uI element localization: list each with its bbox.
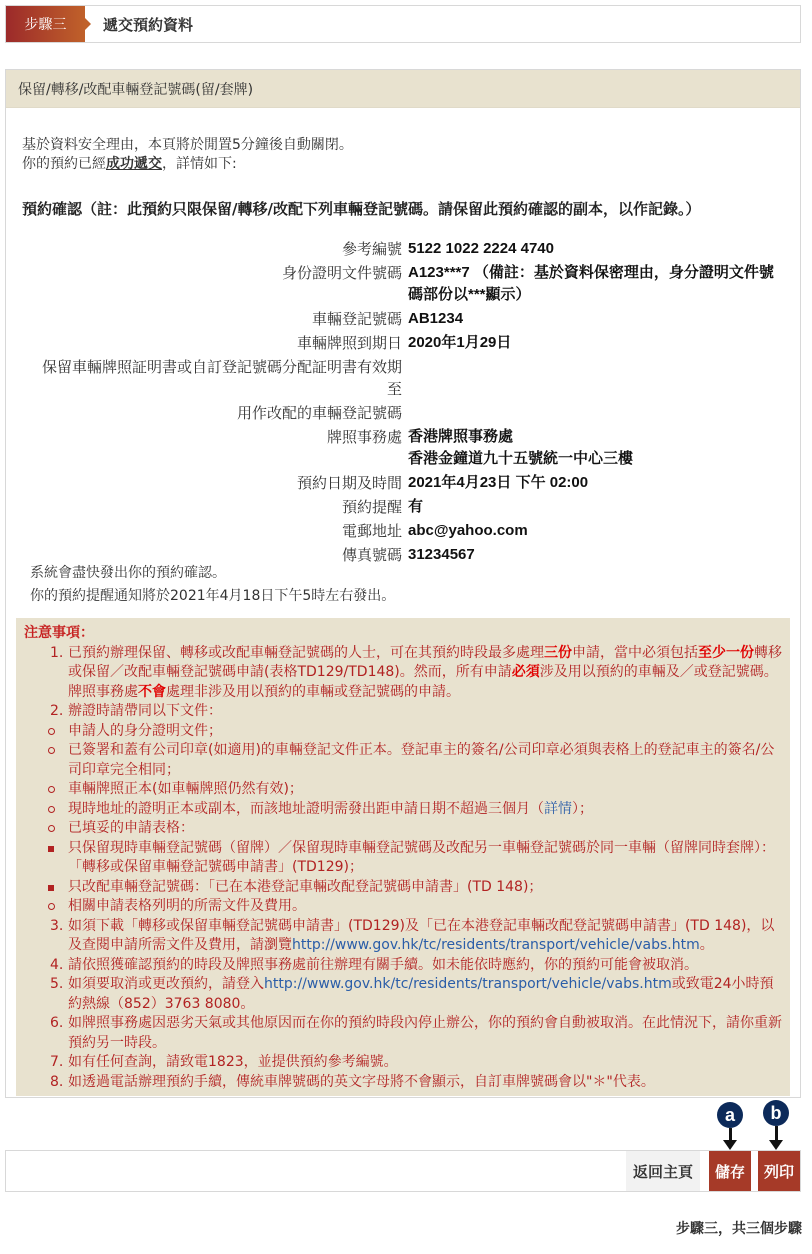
notice-item-5: 5. 如須要取消或更改預約，請登入http://www.gov.hk/tc/re…	[24, 975, 782, 1014]
success-suffix: ，詳情如下:	[162, 156, 237, 172]
detail-label: 牌照事務處	[6, 426, 408, 470]
vabs-link[interactable]: http://www.gov.hk/tc/residents/transport…	[264, 976, 672, 992]
notice-text: 已預約辦理保留、轉移或改配車輛登記號碼的人士，可在其預約時段最多處理	[68, 645, 544, 661]
reminder-note: 你的預約提醒通知將於2021年4月18日下午5時左右發出。	[30, 585, 395, 608]
detail-label: 參考編號	[6, 238, 408, 260]
confirmation-panel: 保留/轉移/改配車輛登記號碼(留/套牌) 基於資料安全理由，本頁將於閒置5分鐘後…	[5, 69, 801, 1098]
doc-item-address: 現時地址的證明正本或副本，而該地址證明需發出距申請日期不超過三個月（詳情）；	[24, 800, 782, 820]
item-number: 5.	[50, 975, 63, 995]
notice-item-6: 6. 如牌照事務處因惡劣天氣或其他原因而在你的預約時段內停止辦公，你的預約會自動…	[24, 1014, 782, 1053]
detail-row-certificate: 保留車輛牌照証明書或自訂登記號碼分配証明書有效期至	[6, 356, 802, 400]
reassign-mark	[408, 402, 778, 424]
form-item-td129: 只保留現時車輛登記號碼（留牌）／保留現時車輛登記號碼及改配另一車輛登記號碼於同一…	[24, 839, 782, 878]
office-name: 香港牌照事務處	[408, 426, 778, 448]
square-bullet-icon	[48, 878, 54, 898]
detail-row-plate: 車輛登記號碼 AB1234	[6, 308, 802, 330]
detail-label: 車輛登記號碼	[6, 308, 408, 330]
licensing-office: 香港牌照事務處香港金鐘道九十五號統一中心三樓	[408, 426, 778, 470]
detail-label: 用作改配的車輛登記號碼	[6, 402, 408, 424]
detail-label: 預約日期及時間	[6, 472, 408, 494]
confirmation-note: 系統會盡快發出你的預約確認。	[30, 562, 395, 585]
form-item-td148: 只改配車輛登記號碼：「已在本港登記車輛改配登記號碼申請書」(TD 148)；	[24, 878, 782, 898]
notice-text: 如須要取消或更改預約，請登入	[68, 976, 264, 992]
detail-row-reminder: 預約提醒 有	[6, 496, 802, 518]
circle-bullet-icon	[48, 722, 55, 742]
notice-item-7: 7. 如有任何查詢，請致電1823，並提供預約參考編號。	[24, 1053, 782, 1073]
notice-text: 。	[700, 937, 714, 953]
item-number: 4.	[50, 956, 63, 976]
notice-text: 只保留現時車輛登記號碼（留牌）／保留現時車輛登記號碼及改配另一車輛登記號碼於同一…	[68, 840, 775, 876]
notice-text: 申請，當中必須包括	[572, 645, 698, 661]
notice-text: 申請人的身分證明文件；	[68, 723, 222, 739]
details-link[interactable]: 詳情	[544, 801, 572, 817]
success-emphasis: 成功遞交	[106, 156, 162, 172]
detail-row-reference: 參考編號 5122 1022 2224 4740	[6, 238, 802, 260]
success-note: 你的預約已經成功遞交，詳情如下:	[22, 155, 353, 174]
notice-text: 處理非涉及用以預約的車輛或登記號碼的申請。	[166, 684, 460, 700]
certificate-validity	[408, 356, 778, 400]
licence-expiry: 2020年1月29日	[408, 332, 778, 354]
notice-item-3: 3. 如須下載「轉移或保留車輛登記號碼申請書」(TD129)及「已在本港登記車輛…	[24, 917, 782, 956]
step-progress: 步驟三，共三個步驟	[676, 1218, 802, 1238]
detail-row-office: 牌照事務處 香港牌照事務處香港金鐘道九十五號統一中心三樓	[6, 426, 802, 470]
notice-text: 已簽署和蓋有公司印章(如適用)的車輛登記文件正本。登記車主的簽名/公司印章必須與…	[68, 742, 774, 778]
highlight: 必須	[512, 664, 540, 680]
detail-label: 電郵地址	[6, 520, 408, 542]
confirmation-heading: 預約確認（註：此預約只限保留/轉移/改配下列車輛登記號碼。請保留此預約確認的副本…	[22, 198, 700, 219]
item-number: 7.	[50, 1053, 63, 1073]
detail-label: 車輛牌照到期日	[6, 332, 408, 354]
notice-text: 只改配車輛登記號碼：「已在本港登記車輛改配登記號碼申請書」(TD 148)；	[68, 879, 542, 895]
appointment-datetime: 2021年4月23日 下午 02:00	[408, 472, 778, 494]
security-note: 基於資料安全理由，本頁將於閒置5分鐘後自動關閉。	[22, 136, 353, 155]
notice-text: ）；	[572, 801, 593, 817]
circle-bullet-icon	[48, 780, 55, 800]
notice-item-4: 4. 請依照獲確認預約的時段及牌照事務處前往辦理有關手續。如未能依時應約，你的預…	[24, 956, 782, 976]
print-button[interactable]: 列印	[758, 1151, 800, 1191]
notice-text: 如牌照事務處因惡劣天氣或其他原因而在你的預約時段內停止辦公，你的預約會自動被取消…	[68, 1015, 782, 1051]
detail-label: 預約提醒	[6, 496, 408, 518]
notice-title: 注意事項：	[24, 624, 782, 644]
callout-b-icon: b	[763, 1100, 789, 1126]
back-home-button[interactable]: 返回主頁	[626, 1151, 700, 1191]
notice-text: 請依照獲確認預約的時段及牌照事務處前往辦理有關手續。如未能依時應約，你的預約可能…	[68, 957, 698, 973]
reference-number: 5122 1022 2224 4740	[408, 238, 778, 260]
notice-text: 辦證時請帶同以下文件：	[68, 703, 222, 719]
panel-title: 保留/轉移/改配車輛登記號碼(留/套牌)	[6, 70, 800, 108]
notice-text: 車輛牌照正本(如車輛牌照仍然有效)；	[68, 781, 303, 797]
detail-row-reassign: 用作改配的車輛登記號碼	[6, 402, 802, 424]
highlight: 至少一份	[698, 645, 754, 661]
notice-text: 已填妥的申請表格：	[68, 820, 194, 836]
notice-text: 如有任何查詢，請致電1823，並提供預約參考編號。	[68, 1054, 398, 1070]
action-bar: 返回主頁 儲存 列印	[5, 1150, 801, 1192]
circle-bullet-icon	[48, 897, 55, 917]
item-number: 8.	[50, 1073, 63, 1093]
square-bullet-icon	[48, 839, 54, 859]
highlight: 三份	[544, 645, 572, 661]
id-value: A123***7	[408, 264, 470, 281]
registration-mark: AB1234	[408, 308, 778, 330]
doc-item-registration: 已簽署和蓋有公司印章(如適用)的車輛登記文件正本。登記車主的簽名/公司印章必須與…	[24, 741, 782, 780]
intro-text: 基於資料安全理由，本頁將於閒置5分鐘後自動關閉。 你的預約已經成功遞交，詳情如下…	[22, 136, 353, 174]
booking-details: 參考編號 5122 1022 2224 4740 身份證明文件號碼 A123**…	[6, 238, 802, 568]
callout-a-icon: a	[717, 1102, 743, 1128]
detail-label: 身份證明文件號碼	[6, 262, 408, 306]
circle-bullet-icon	[48, 741, 55, 761]
post-submission-notes: 系統會盡快發出你的預約確認。 你的預約提醒通知將於2021年4月18日下午5時左…	[30, 562, 395, 608]
detail-row-id: 身份證明文件號碼 A123***7 （備註：基於資料保密理由，身分證明文件號碼部…	[6, 262, 802, 306]
item-number: 6.	[50, 1014, 63, 1034]
notice-text: 相關申請表格列明的所需文件及費用。	[68, 898, 306, 914]
arrow-a-head-icon	[723, 1140, 737, 1150]
email-address: abc@yahoo.com	[408, 520, 778, 542]
notice-item-8: 8. 如透過電話辦理預約手續，傳統車牌號碼的英文字母將不會顯示，自訂車牌號碼會以…	[24, 1073, 782, 1093]
highlight: 不會	[138, 684, 166, 700]
notice-item-1: 1. 已預約辦理保留、轉移或改配車輛登記號碼的人士，可在其預約時段最多處理三份申…	[24, 644, 782, 703]
item-number: 2.	[50, 702, 63, 722]
circle-bullet-icon	[48, 800, 55, 820]
step-badge: 步驟三	[6, 6, 85, 42]
arrow-b-head-icon	[769, 1140, 783, 1150]
notice-item-2: 2. 辦證時請帶同以下文件：	[24, 702, 782, 722]
save-button[interactable]: 儲存	[709, 1151, 751, 1191]
detail-row-expiry: 車輛牌照到期日 2020年1月29日	[6, 332, 802, 354]
notice-text: 現時地址的證明正本或副本，而該地址證明需發出距申請日期不超過三個月（	[68, 801, 544, 817]
doc-item-licence: 車輛牌照正本(如車輛牌照仍然有效)；	[24, 780, 782, 800]
step-header: 步驟三 遞交預約資料	[5, 5, 801, 43]
detail-row-email: 電郵地址 abc@yahoo.com	[6, 520, 802, 542]
doc-item-forms: 已填妥的申請表格：	[24, 819, 782, 839]
notice-text: 如透過電話辦理預約手續，傳統車牌號碼的英文字母將不會顯示，自訂車牌號碼會以"＊"…	[68, 1074, 655, 1090]
vabs-link[interactable]: http://www.gov.hk/tc/residents/transport…	[292, 937, 700, 953]
item-number: 3.	[50, 917, 63, 937]
reminder-flag: 有	[408, 496, 778, 518]
doc-item-fees: 相關申請表格列明的所需文件及費用。	[24, 897, 782, 917]
detail-row-datetime: 預約日期及時間 2021年4月23日 下午 02:00	[6, 472, 802, 494]
office-address: 香港金鐘道九十五號統一中心三樓	[408, 448, 778, 470]
doc-item-id: 申請人的身分證明文件；	[24, 722, 782, 742]
fax-number: 31234567	[408, 544, 778, 566]
detail-label: 保留車輛牌照証明書或自訂登記號碼分配証明書有效期至	[6, 356, 408, 400]
circle-bullet-icon	[48, 819, 55, 839]
item-number: 1.	[50, 644, 63, 664]
notice-box: 注意事項： 1. 已預約辦理保留、轉移或改配車輛登記號碼的人士，可在其預約時段最…	[16, 618, 790, 1096]
id-number: A123***7 （備註：基於資料保密理由，身分證明文件號碼部份以***顯示）	[408, 262, 778, 306]
success-prefix: 你的預約已經	[22, 156, 106, 172]
step-title: 遞交預約資料	[103, 14, 193, 35]
